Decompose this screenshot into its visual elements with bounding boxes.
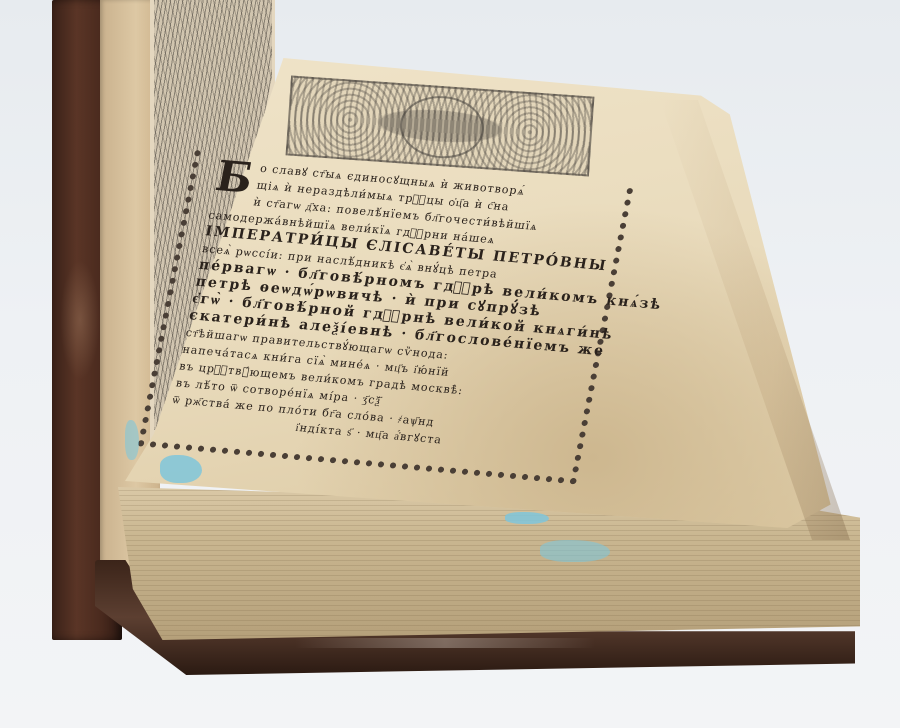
blue-stain	[505, 512, 549, 524]
headpiece-medallion	[398, 93, 486, 161]
leather-wear	[60, 260, 100, 380]
drop-cap: Б	[212, 156, 255, 199]
blue-stain	[160, 455, 202, 483]
blue-stain	[125, 420, 139, 460]
colophon-text-frame: Б о славꙋ ст҃ыѧ єдиносꙋщныѧ ѝ животворѧ́…	[137, 150, 633, 484]
leather-sheen	[295, 638, 595, 648]
book-photo: Б о славꙋ ст҃ыѧ єдиносꙋщныѧ ѝ животворѧ́…	[0, 0, 900, 728]
blue-stain	[540, 540, 610, 562]
